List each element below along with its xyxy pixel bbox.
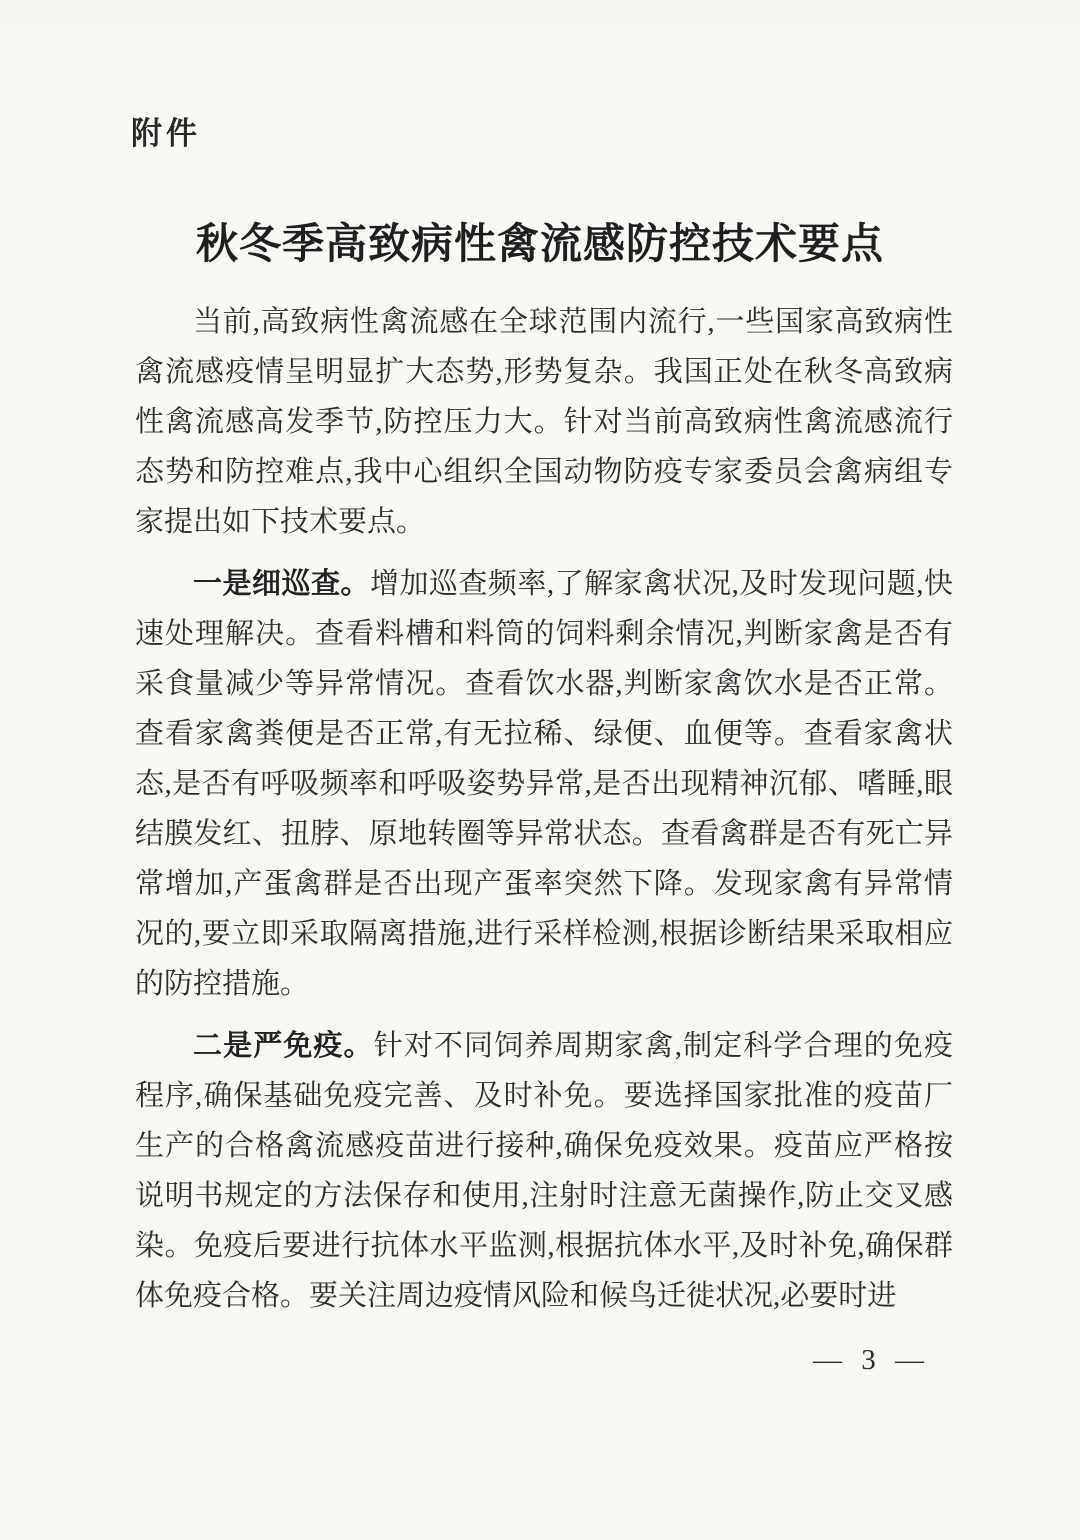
attachment-label: 附件 xyxy=(131,108,201,153)
page-number: — 3 — xyxy=(813,1344,930,1377)
paragraph-section-1-text: 增加巡查频率,了解家禽状况,及时发现问题,快速处理解决。查看料槽和料筒的饲料剩余… xyxy=(135,568,953,1000)
paragraph-section-2-lead: 二是严免疫。 xyxy=(193,1030,374,1062)
paragraph-section-2: 二是严免疫。针对不同饲养周期家禽,制定科学合理的免疫程序,确保基础免疫完善、及时… xyxy=(135,1021,953,1321)
paragraph-section-2-text: 针对不同饲养周期家禽,制定科学合理的免疫程序,确保基础免疫完善、及时补免。要选择… xyxy=(135,1030,953,1312)
document-page: 附件 秋冬季高致病性禽流感防控技术要点 当前,高致病性禽流感在全球范围内流行,一… xyxy=(0,0,1080,1540)
document-title: 秋冬季高致病性禽流感防控技术要点 xyxy=(0,211,1080,271)
document-body: 当前,高致病性禽流感在全球范围内流行,一些国家高致病性禽流感疫情呈明显扩大态势,… xyxy=(135,297,953,1321)
paragraph-section-1-lead: 一是细巡查。 xyxy=(193,568,370,600)
paragraph-intro: 当前,高致病性禽流感在全球范围内流行,一些国家高致病性禽流感疫情呈明显扩大态势,… xyxy=(135,297,953,547)
paragraph-intro-text: 当前,高致病性禽流感在全球范围内流行,一些国家高致病性禽流感疫情呈明显扩大态势,… xyxy=(135,306,953,538)
paragraph-section-1: 一是细巡查。增加巡查频率,了解家禽状况,及时发现问题,快速处理解决。查看料槽和料… xyxy=(135,559,953,1009)
